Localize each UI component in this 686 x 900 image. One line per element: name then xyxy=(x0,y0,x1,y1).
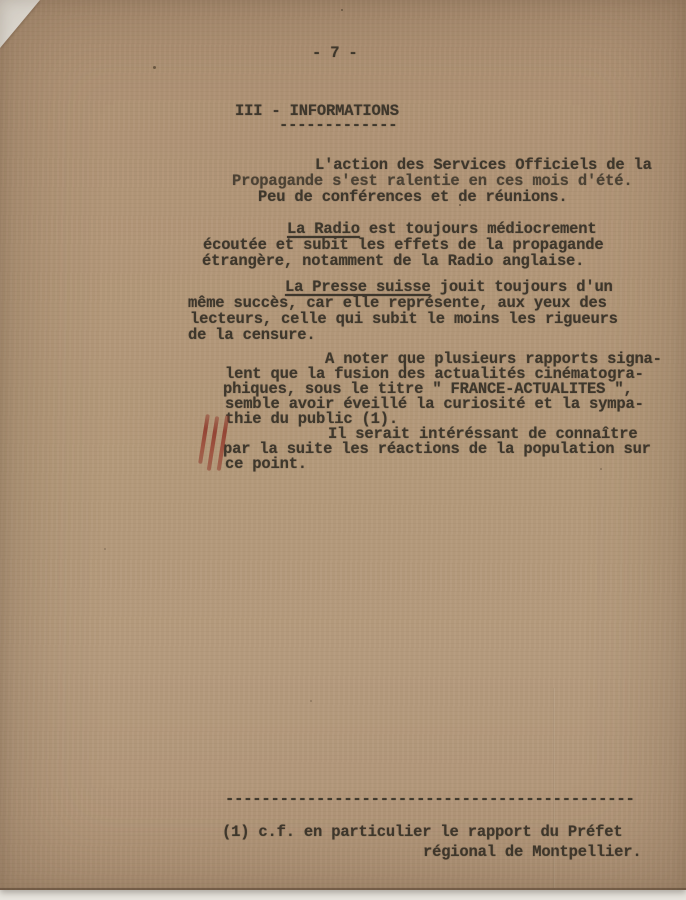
paragraph-2-line-2: écoutée et subit les effets de la propag… xyxy=(203,237,603,253)
paragraph-2-line-1: La Radio est toujours médiocrement xyxy=(287,221,596,237)
paragraph-2-line-3: étrangère, notamment de la Radio anglais… xyxy=(202,253,584,269)
footnote-line-2: régional de Montpellier. xyxy=(423,844,641,860)
page-number: - 7 - xyxy=(312,45,358,61)
paper-speck xyxy=(600,468,602,470)
footnote-separator: ----------------------------------------… xyxy=(225,791,635,807)
scan-corner-gap xyxy=(0,0,40,48)
scanned-document-page: - 7 - III - INFORMATIONS ------------- L… xyxy=(0,0,686,900)
footnote-line-1: (1) c.f. en particulier le rapport du Pr… xyxy=(222,824,622,840)
heading-underline: ------------- xyxy=(279,117,397,133)
paragraph-3-line-3: lecteurs, celle qui subit le moins les r… xyxy=(190,311,618,327)
paper-crease xyxy=(553,688,555,888)
paper-speck xyxy=(459,204,461,206)
paragraph-3-line-2: même succès, car elle représente, aux ye… xyxy=(188,295,607,311)
paper-speck xyxy=(153,66,156,69)
paragraph-5-line-3: ce point. xyxy=(225,456,307,472)
paragraph-1-line-1: L'action des Services Officiels de la xyxy=(315,157,652,173)
paper-speck xyxy=(341,9,343,11)
paragraph-3-line-4: de la censure. xyxy=(188,327,315,343)
paragraph-3-line-1: La Presse suisse jouit toujours d'un xyxy=(285,279,613,295)
red-pencil-stroke-icon xyxy=(217,415,230,471)
red-pencil-marks xyxy=(200,412,234,472)
paper-speck xyxy=(310,700,312,702)
paragraph-1-line-3: Peu de conférences et de réunions. xyxy=(258,189,567,205)
paragraph-1-line-2: Propagande s'est ralentie en ces mois d'… xyxy=(232,173,632,189)
paper-speck xyxy=(104,548,106,550)
